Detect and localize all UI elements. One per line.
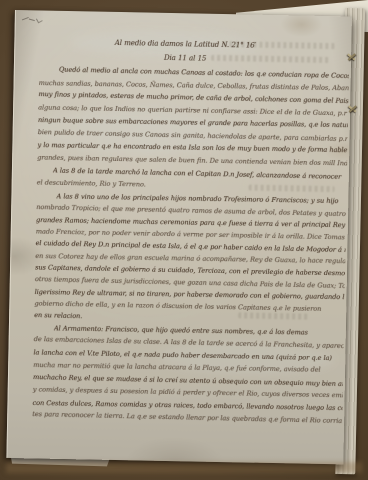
binding-stitch	[346, 51, 357, 62]
manuscript-page: Al medio dia damos la Latitud N. 21° 16′…	[6, 10, 352, 464]
table-surface-highlight	[6, 462, 362, 473]
date-line: Dia 11 al 15	[73, 51, 297, 66]
handwriting-layer: Al medio dia damos la Latitud N. 21° 16′…	[7, 10, 352, 464]
header-line: Al medio dia damos la Latitud N. 21° 16′	[73, 37, 297, 52]
binding-stitch	[347, 103, 358, 114]
manuscript-photo: Al medio dia damos la Latitud N. 21° 16′…	[0, 0, 368, 480]
